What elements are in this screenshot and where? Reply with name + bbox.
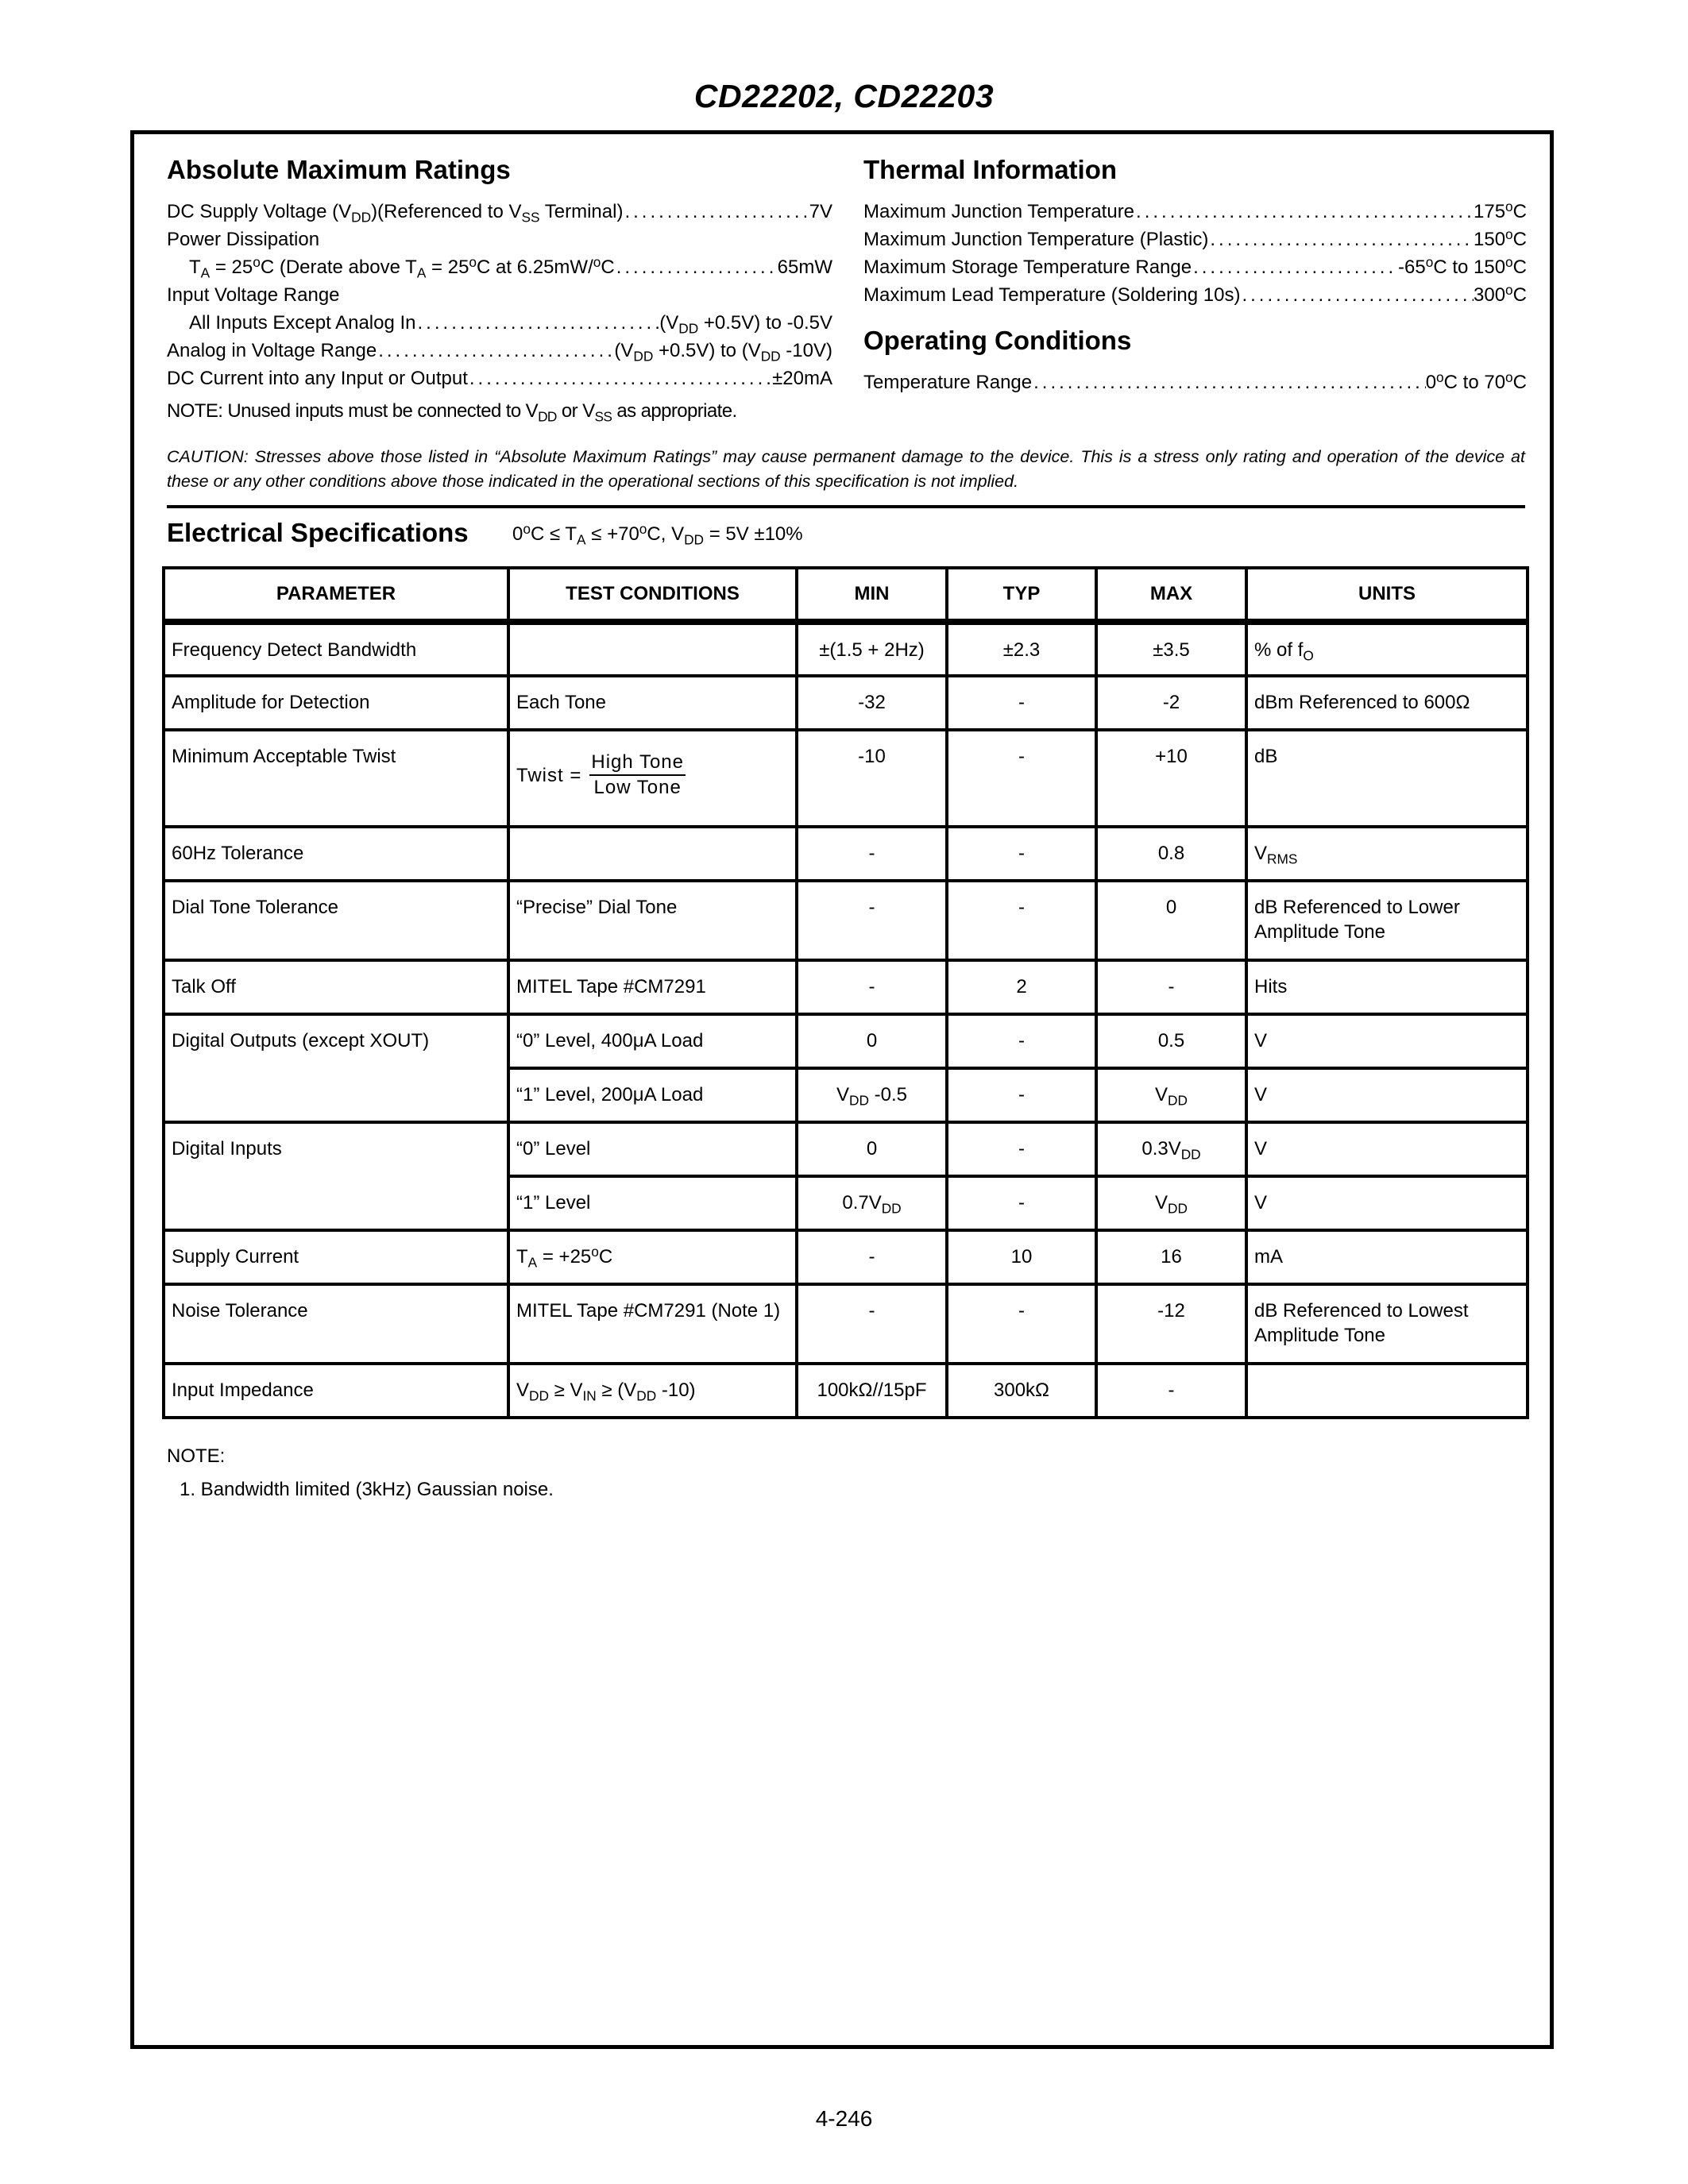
- min-cell: ±(1.5 + 2Hz): [797, 622, 947, 676]
- max-cell: 0.8: [1096, 827, 1246, 881]
- table-row: Minimum Acceptable TwistTwist =High Tone…: [164, 730, 1528, 827]
- rating-label: Maximum Storage Temperature Range: [863, 253, 1192, 281]
- dot-leader: ........................................…: [416, 309, 660, 337]
- column-header-typ: TYP: [947, 568, 1096, 622]
- max-cell: 16: [1096, 1230, 1246, 1284]
- test-conditions-cell: Twist =High ToneLow Tone: [508, 730, 797, 827]
- min-cell: -10: [797, 730, 947, 827]
- typ-cell: -: [947, 1068, 1096, 1122]
- units-cell: dB: [1246, 730, 1528, 827]
- parameter-cell: Minimum Acceptable Twist: [164, 730, 508, 827]
- max-cell: 0.5: [1096, 1014, 1246, 1068]
- min-cell: 100kΩ//15pF: [797, 1364, 947, 1418]
- parameter-cell: Input Impedance: [164, 1364, 508, 1418]
- dot-leader: ........................................…: [1192, 253, 1398, 281]
- parameter-cell: 60Hz Tolerance: [164, 827, 508, 881]
- thermal-row: Maximum Junction Temperature............…: [863, 198, 1527, 226]
- typ-cell: -: [947, 1122, 1096, 1176]
- rating-value: 0oC to 70oC: [1426, 369, 1527, 396]
- max-cell: +10: [1096, 730, 1246, 827]
- min-cell: VDD -0.5: [797, 1068, 947, 1122]
- rating-row: Power Dissipation: [167, 226, 832, 253]
- rating-label: Temperature Range: [863, 369, 1032, 396]
- max-cell: ±3.5: [1096, 622, 1246, 676]
- test-conditions-cell: “Precise” Dial Tone: [508, 881, 797, 960]
- dot-leader: ........................................…: [1032, 369, 1426, 396]
- max-cell: -: [1096, 1364, 1246, 1418]
- max-cell: 0: [1096, 881, 1246, 960]
- rating-label: Maximum Junction Temperature: [863, 198, 1134, 226]
- rating-label: All Inputs Except Analog In: [167, 309, 416, 337]
- thermal-row: Maximum Junction Temperature (Plastic)..…: [863, 226, 1527, 253]
- test-conditions-cell: [508, 622, 797, 676]
- rating-value: -65oC to 150oC: [1398, 253, 1527, 281]
- units-cell: mA: [1246, 1230, 1528, 1284]
- rating-value: 65mW: [778, 253, 832, 281]
- operating-row: Temperature Range.......................…: [863, 369, 1527, 396]
- rating-row: All Inputs Except Analog In.............…: [167, 309, 832, 337]
- rating-value: 150oC: [1474, 226, 1527, 253]
- max-cell: VDD: [1096, 1176, 1246, 1230]
- units-cell: % of fO: [1246, 622, 1528, 676]
- dot-leader: ........................................…: [615, 253, 778, 281]
- rating-label: Analog in Voltage Range: [167, 337, 377, 365]
- table-row: Talk OffMITEL Tape #CM7291-2-Hits: [164, 960, 1528, 1014]
- typ-cell: -: [947, 730, 1096, 827]
- unused-inputs-note: NOTE: Unused inputs must be connected to…: [167, 400, 737, 423]
- electrical-specifications-table: PARAMETERTEST CONDITIONSMINTYPMAXUNITS F…: [162, 566, 1529, 1419]
- typ-cell: ±2.3: [947, 622, 1096, 676]
- max-cell: 0.3VDD: [1096, 1122, 1246, 1176]
- min-cell: 0: [797, 1122, 947, 1176]
- column-header-parameter: PARAMETER: [164, 568, 508, 622]
- min-cell: -: [797, 1284, 947, 1364]
- table-row: 60Hz Tolerance--0.8VRMS: [164, 827, 1528, 881]
- max-cell: VDD: [1096, 1068, 1246, 1122]
- thermal-row: Maximum Storage Temperature Range.......…: [863, 253, 1527, 281]
- rating-value: (VDD +0.5V) to (VDD -10V): [614, 337, 832, 365]
- units-cell: V: [1246, 1014, 1528, 1068]
- dot-leader: ........................................…: [1134, 198, 1474, 226]
- typ-cell: -: [947, 881, 1096, 960]
- dot-leader: ........................................…: [1208, 226, 1474, 253]
- max-cell: -2: [1096, 676, 1246, 730]
- units-cell: dB Referenced to Lower Amplitude Tone: [1246, 881, 1528, 960]
- table-row: Supply CurrentTA = +25oC-1016mA: [164, 1230, 1528, 1284]
- parameter-cell: Digital Outputs (except XOUT): [164, 1014, 508, 1122]
- units-cell: VRMS: [1246, 827, 1528, 881]
- parameter-cell: Talk Off: [164, 960, 508, 1014]
- units-cell: dBm Referenced to 600Ω: [1246, 676, 1528, 730]
- rating-row: Analog in Voltage Range.................…: [167, 337, 832, 365]
- rating-value: ±20mA: [772, 365, 832, 392]
- note-item: 1. Bandwidth limited (3kHz) Gaussian noi…: [180, 1479, 554, 1501]
- table-row: Amplitude for DetectionEach Tone-32--2dB…: [164, 676, 1528, 730]
- min-cell: 0.7VDD: [797, 1176, 947, 1230]
- page-number: 4-246: [0, 2106, 1688, 2132]
- table-row: Dial Tone Tolerance“Precise” Dial Tone--…: [164, 881, 1528, 960]
- document-title: CD22202, CD22203: [0, 78, 1688, 115]
- thermal-information-list: Maximum Junction Temperature............…: [863, 198, 1527, 309]
- thermal-row: Maximum Lead Temperature (Soldering 10s)…: [863, 281, 1527, 309]
- column-header-test-conditions: TEST CONDITIONS: [508, 568, 797, 622]
- twist-formula: Twist =High ToneLow Tone: [516, 751, 686, 800]
- min-cell: -: [797, 881, 947, 960]
- test-conditions-cell: “0” Level: [508, 1122, 797, 1176]
- operating-conditions-heading: Operating Conditions: [863, 326, 1131, 356]
- column-header-min: MIN: [797, 568, 947, 622]
- column-header-units: UNITS: [1246, 568, 1528, 622]
- dot-leader: ........................................…: [1240, 281, 1474, 309]
- rating-label: DC Current into any Input or Output: [167, 365, 468, 392]
- rating-row: DC Supply Voltage (VDD)(Referenced to VS…: [167, 198, 832, 226]
- parameter-cell: Frequency Detect Bandwidth: [164, 622, 508, 676]
- caution-text: CAUTION: Stresses above those listed in …: [167, 445, 1525, 494]
- min-cell: -: [797, 1230, 947, 1284]
- rating-label: Input Voltage Range: [167, 281, 340, 309]
- parameter-cell: Noise Tolerance: [164, 1284, 508, 1364]
- thermal-information-heading: Thermal Information: [863, 155, 1117, 185]
- min-cell: 0: [797, 1014, 947, 1068]
- dot-leader: ........................................…: [623, 198, 809, 226]
- table-row: Frequency Detect Bandwidth±(1.5 + 2Hz)±2…: [164, 622, 1528, 676]
- test-conditions-cell: TA = +25oC: [508, 1230, 797, 1284]
- absolute-max-ratings-list: DC Supply Voltage (VDD)(Referenced to VS…: [167, 198, 832, 392]
- min-cell: -32: [797, 676, 947, 730]
- rating-label: Maximum Junction Temperature (Plastic): [863, 226, 1208, 253]
- dot-leader: ........................................…: [468, 365, 772, 392]
- typ-cell: 10: [947, 1230, 1096, 1284]
- parameter-cell: Dial Tone Tolerance: [164, 881, 508, 960]
- typ-cell: -: [947, 676, 1096, 730]
- rating-value: 7V: [809, 198, 832, 226]
- table-header-row: PARAMETERTEST CONDITIONSMINTYPMAXUNITS: [164, 568, 1528, 622]
- electrical-specifications-conditions: 0oC ≤ TA ≤ +70oC, VDD = 5V ±10%: [512, 523, 803, 546]
- typ-cell: -: [947, 1284, 1096, 1364]
- table-row: Noise ToleranceMITEL Tape #CM7291 (Note …: [164, 1284, 1528, 1364]
- test-conditions-cell: MITEL Tape #CM7291 (Note 1): [508, 1284, 797, 1364]
- rating-row: TA = 25oC (Derate above TA = 25oC at 6.2…: [167, 253, 832, 281]
- typ-cell: -: [947, 827, 1096, 881]
- units-cell: V: [1246, 1176, 1528, 1230]
- electrical-specifications-heading: Electrical Specifications: [167, 518, 469, 548]
- parameter-cell: Digital Inputs: [164, 1122, 508, 1230]
- test-conditions-cell: “1” Level: [508, 1176, 797, 1230]
- rating-label: TA = 25oC (Derate above TA = 25oC at 6.2…: [167, 253, 615, 281]
- test-conditions-cell: [508, 827, 797, 881]
- parameter-cell: Supply Current: [164, 1230, 508, 1284]
- units-cell: Hits: [1246, 960, 1528, 1014]
- rating-label: DC Supply Voltage (VDD)(Referenced to VS…: [167, 198, 623, 226]
- max-cell: -12: [1096, 1284, 1246, 1364]
- units-cell: dB Referenced to Lowest Amplitude Tone: [1246, 1284, 1528, 1364]
- test-conditions-cell: “1” Level, 200μA Load: [508, 1068, 797, 1122]
- min-cell: -: [797, 960, 947, 1014]
- rating-label: Power Dissipation: [167, 226, 319, 253]
- min-cell: -: [797, 827, 947, 881]
- typ-cell: -: [947, 1014, 1096, 1068]
- test-conditions-cell: “0” Level, 400μA Load: [508, 1014, 797, 1068]
- table-row: Digital Inputs“0” Level0-0.3VDDV: [164, 1122, 1528, 1176]
- test-conditions-cell: Each Tone: [508, 676, 797, 730]
- absolute-max-ratings-heading: Absolute Maximum Ratings: [167, 155, 511, 185]
- test-conditions-cell: VDD ≥ VIN ≥ (VDD -10): [508, 1364, 797, 1418]
- rating-row: DC Current into any Input or Output.....…: [167, 365, 832, 392]
- units-cell: V: [1246, 1122, 1528, 1176]
- max-cell: -: [1096, 960, 1246, 1014]
- rating-label: Maximum Lead Temperature (Soldering 10s): [863, 281, 1240, 309]
- units-cell: [1246, 1364, 1528, 1418]
- dot-leader: ........................................…: [377, 337, 614, 365]
- parameter-cell: Amplitude for Detection: [164, 676, 508, 730]
- table-row: Digital Outputs (except XOUT)“0” Level, …: [164, 1014, 1528, 1068]
- rating-value: 300oC: [1474, 281, 1527, 309]
- column-header-max: MAX: [1096, 568, 1246, 622]
- section-divider: [167, 505, 1525, 508]
- rating-value: (VDD +0.5V) to -0.5V: [659, 309, 832, 337]
- rating-value: 175oC: [1474, 198, 1527, 226]
- units-cell: V: [1246, 1068, 1528, 1122]
- rating-row: Input Voltage Range: [167, 281, 832, 309]
- typ-cell: -: [947, 1176, 1096, 1230]
- notes-title: NOTE:: [167, 1445, 225, 1468]
- operating-conditions-list: Temperature Range.......................…: [863, 369, 1527, 396]
- table-row: Input ImpedanceVDD ≥ VIN ≥ (VDD -10)100k…: [164, 1364, 1528, 1418]
- typ-cell: 2: [947, 960, 1096, 1014]
- test-conditions-cell: MITEL Tape #CM7291: [508, 960, 797, 1014]
- typ-cell: 300kΩ: [947, 1364, 1096, 1418]
